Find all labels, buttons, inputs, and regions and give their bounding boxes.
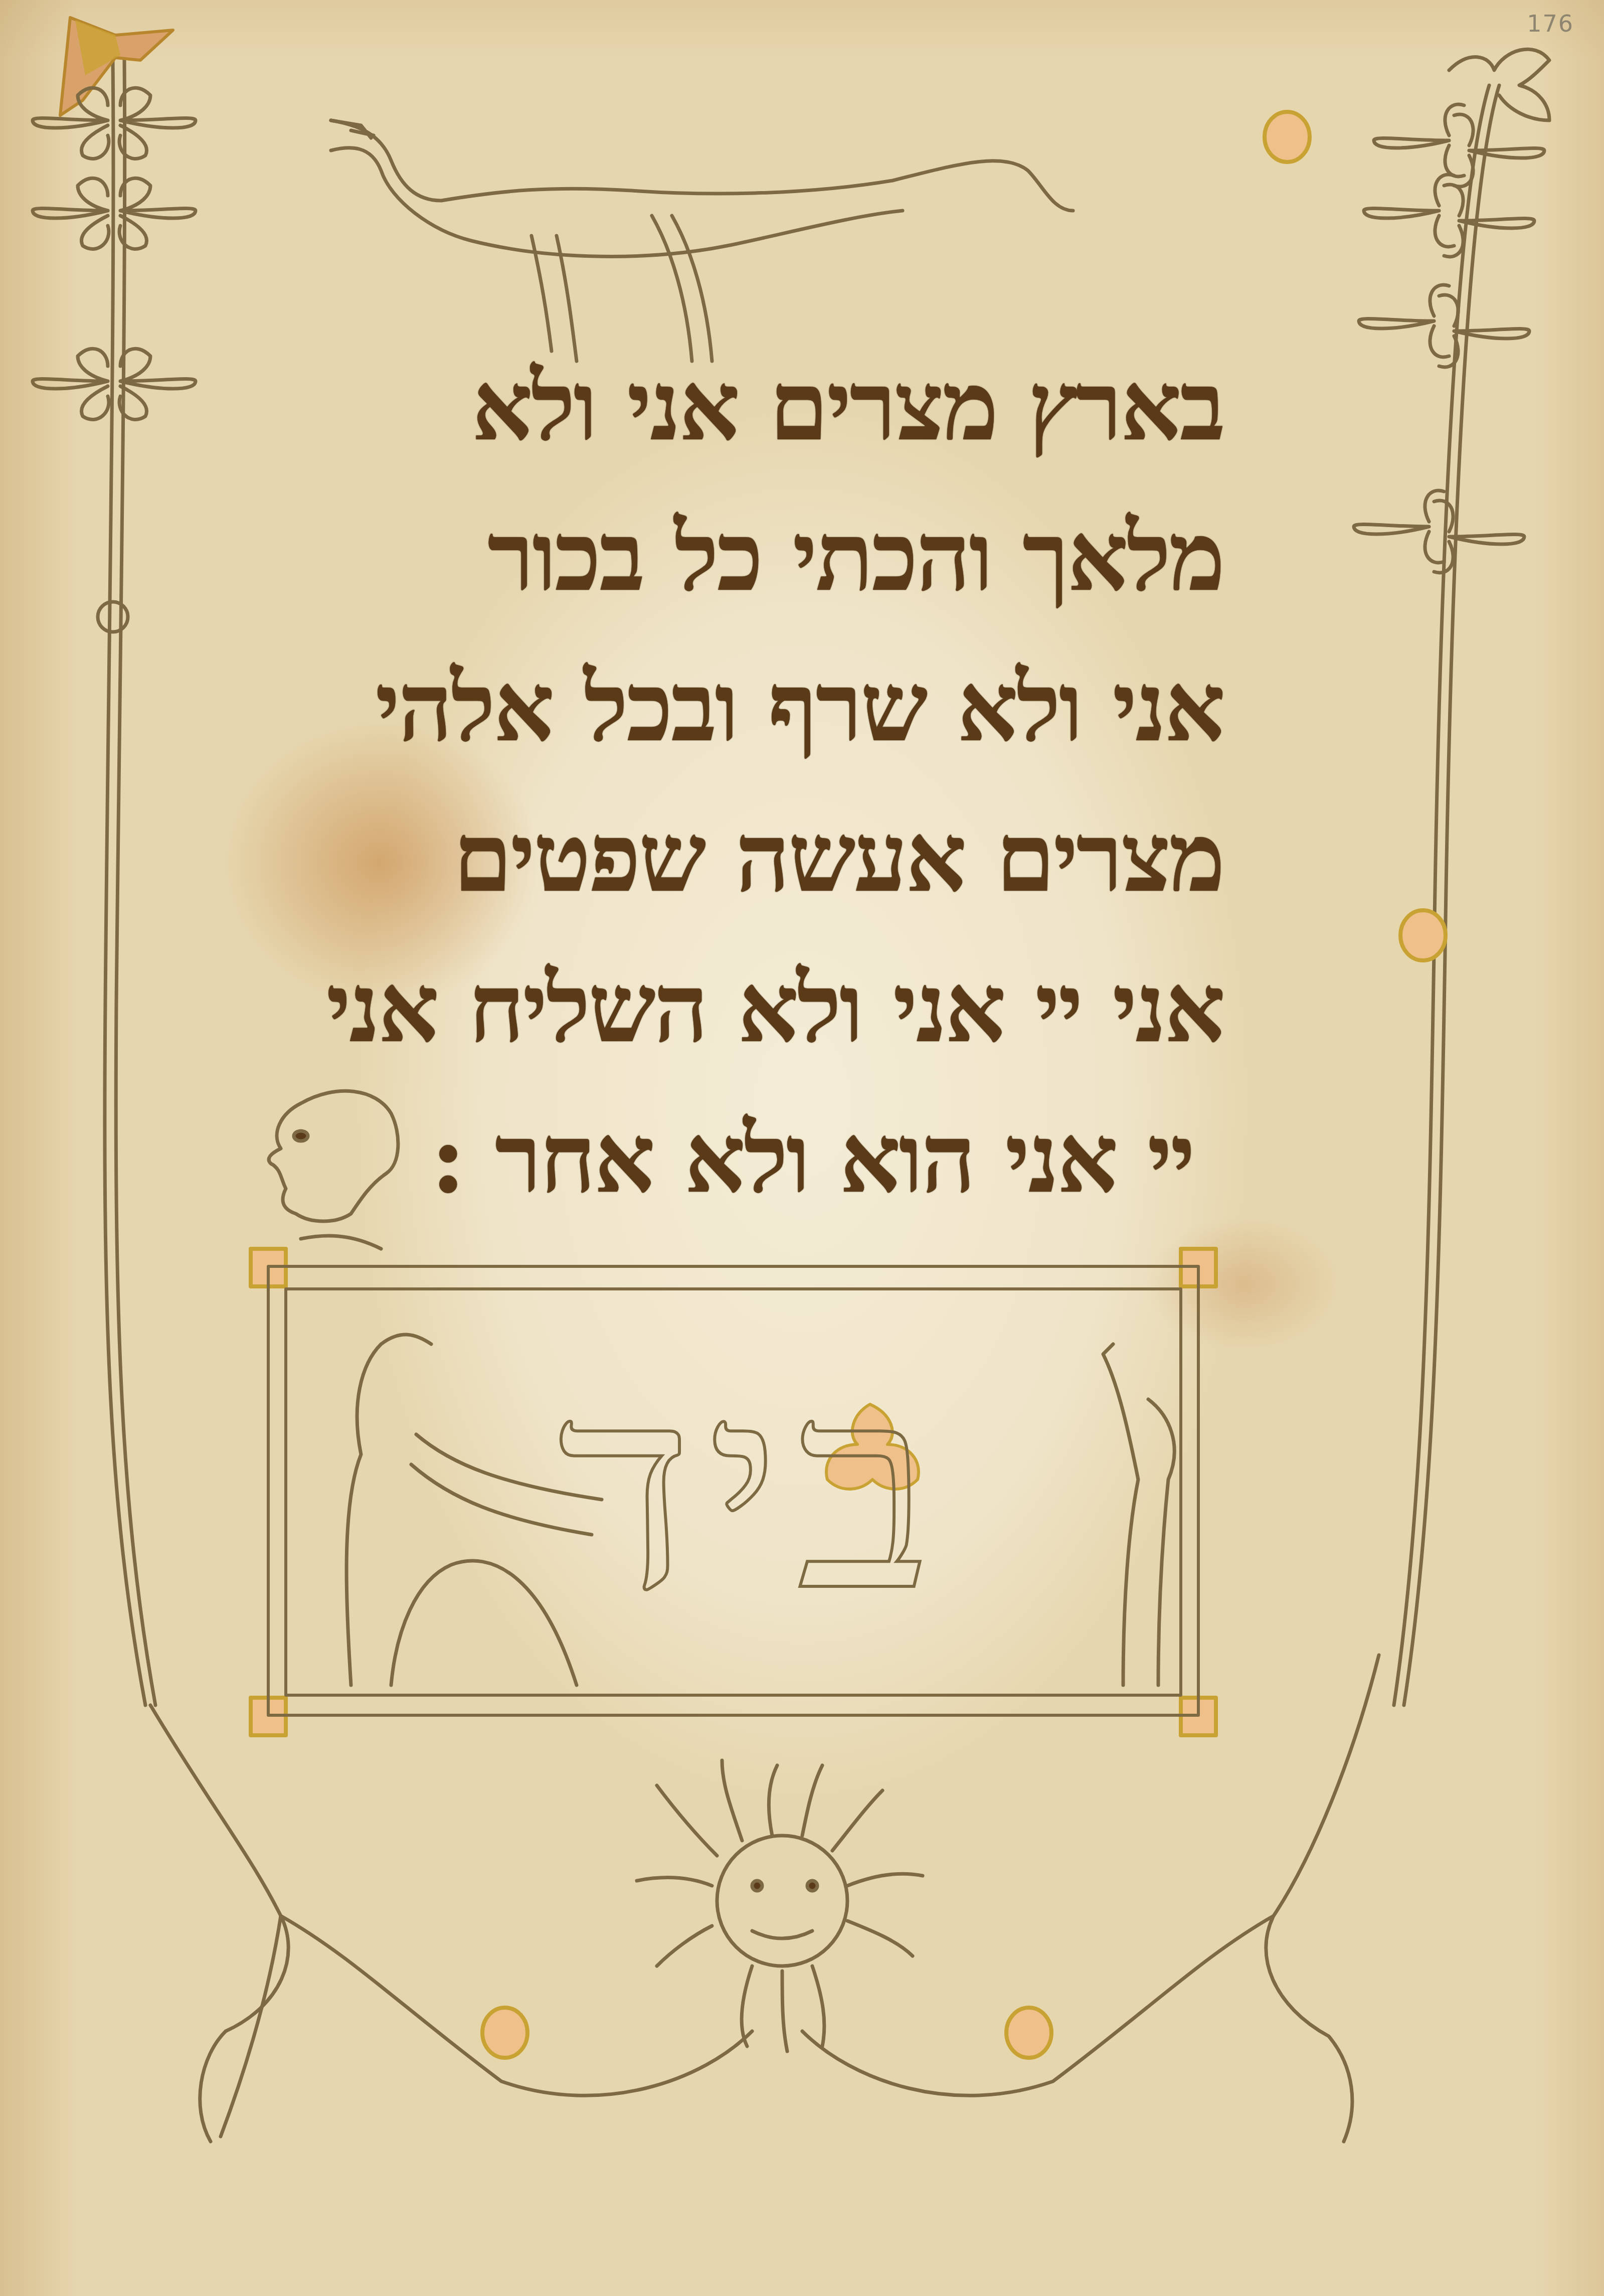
text-line-1: בארץ מצרים אני ולא	[271, 331, 1223, 481]
trefoil-leaf-icons	[1354, 104, 1544, 573]
hebrew-text-block: בארץ מצרים אני ולא מלאך והכתי כל בכור אנ…	[271, 331, 1223, 1234]
text-line-5: אני יי אני ולא השליח אני	[271, 933, 1223, 1083]
text-line-6: יי אני הוא ולא אחר :	[271, 1083, 1223, 1234]
left-dragon-drawing	[150, 1705, 752, 2142]
dog-headed-beast-drawing	[1103, 1344, 1174, 1685]
long-necked-bird-drawing	[331, 120, 1073, 361]
left-vine-border	[33, 18, 196, 1705]
right-dragon-drawing	[802, 1655, 1379, 2142]
right-vine-border	[1354, 49, 1549, 1705]
manuscript-page: 176	[0, 0, 1604, 2296]
text-line-2: מלאך והכתי כל בכור	[271, 481, 1223, 632]
text-line-4: מצרים אעשה שפטים	[271, 782, 1223, 933]
text-line-3: אני ולא שרף ובכל אלהי	[271, 632, 1223, 782]
sun-face-drawing	[637, 1760, 923, 2051]
display-word-panel: ביד	[481, 1334, 1023, 1645]
